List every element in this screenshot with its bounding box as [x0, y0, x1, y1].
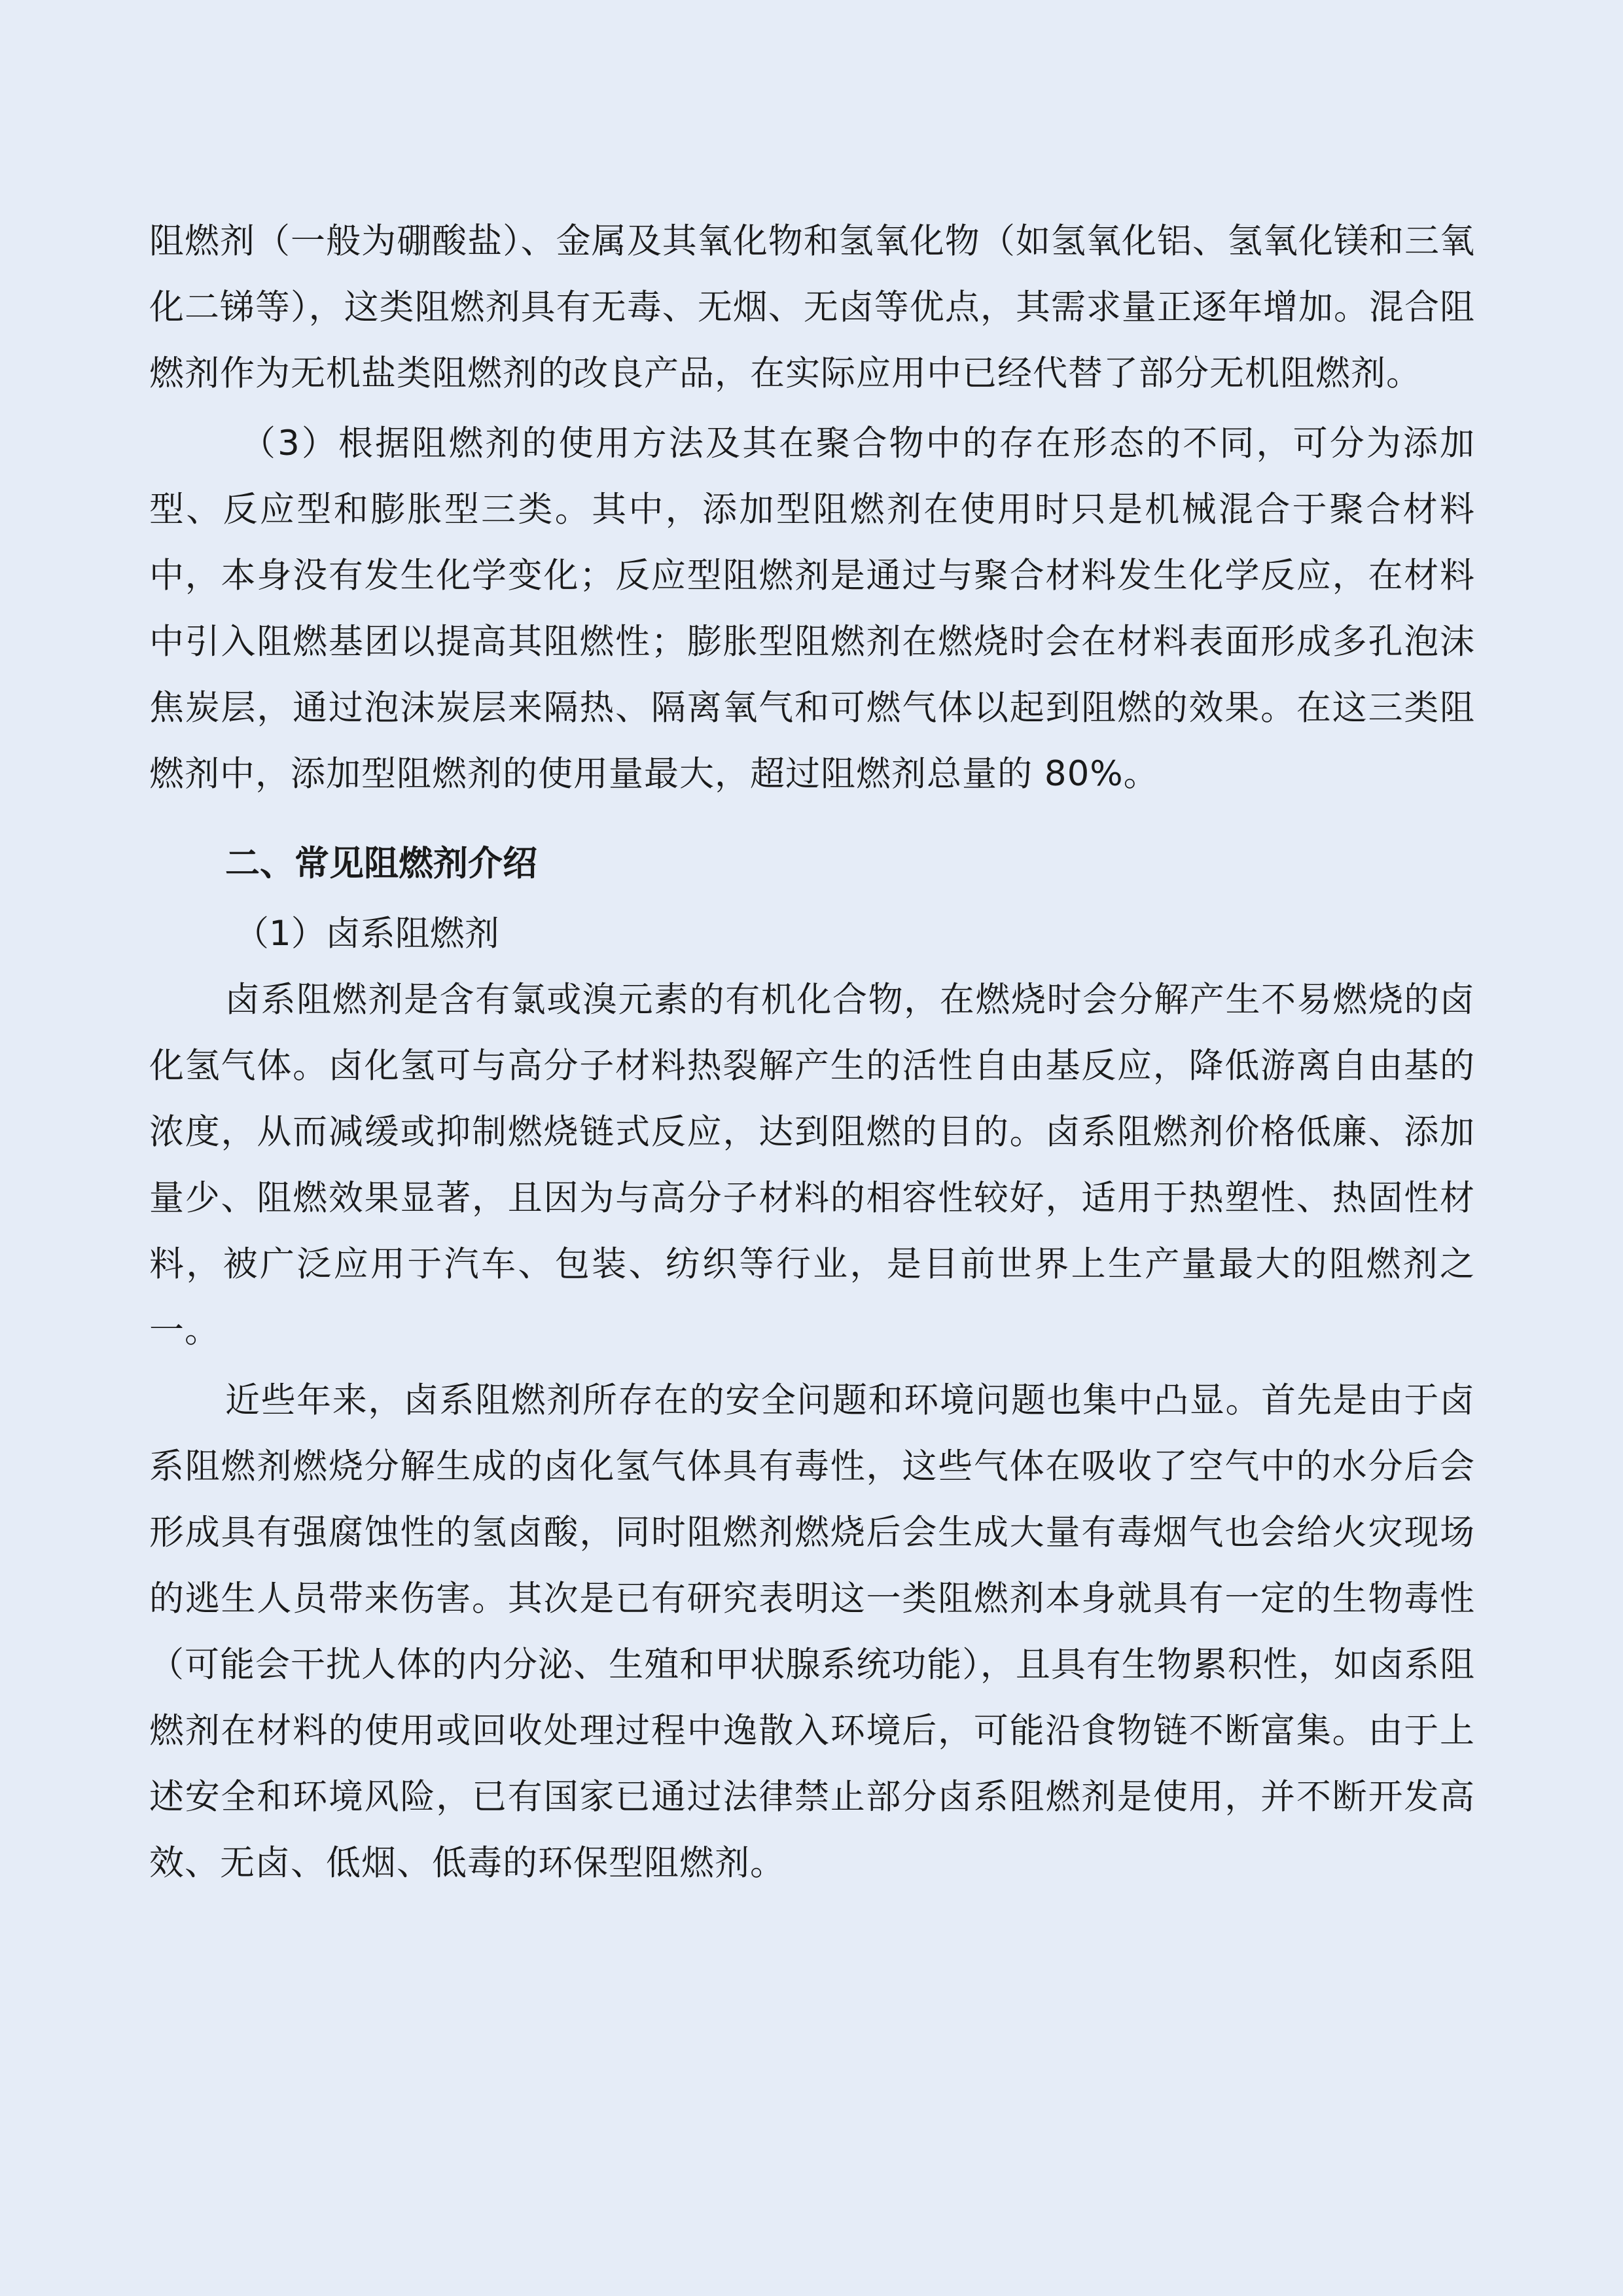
section-heading: 二、常见阻燃剂介绍: [149, 831, 1475, 897]
paragraph-inorganic-flame-retardants: 阻燃剂（一般为硼酸盐）、金属及其氧化物和氢氧化物（如氢氧化铝、氢氧化镁和三氧化二…: [149, 208, 1475, 406]
paragraph-classification-by-usage: （3）根据阻燃剂的使用方法及其在聚合物中的存在形态的不同，可分为添加型、反应型和…: [149, 410, 1475, 807]
paragraph-halogen-risks: 近些年来，卤系阻燃剂所存在的安全问题和环境问题也集中凸显。首先是由于卤系阻燃剂燃…: [149, 1367, 1475, 1896]
subsection-heading: （1）卤系阻燃剂: [149, 901, 1475, 967]
document-page: 阻燃剂（一般为硼酸盐）、金属及其氧化物和氢氧化物（如氢氧化铝、氢氧化镁和三氧化二…: [149, 208, 1475, 1896]
paragraph-halogen-flame-retardants: 卤系阻燃剂是含有氯或溴元素的有机化合物，在燃烧时会分解产生不易燃烧的卤化氢气体。…: [149, 967, 1475, 1363]
